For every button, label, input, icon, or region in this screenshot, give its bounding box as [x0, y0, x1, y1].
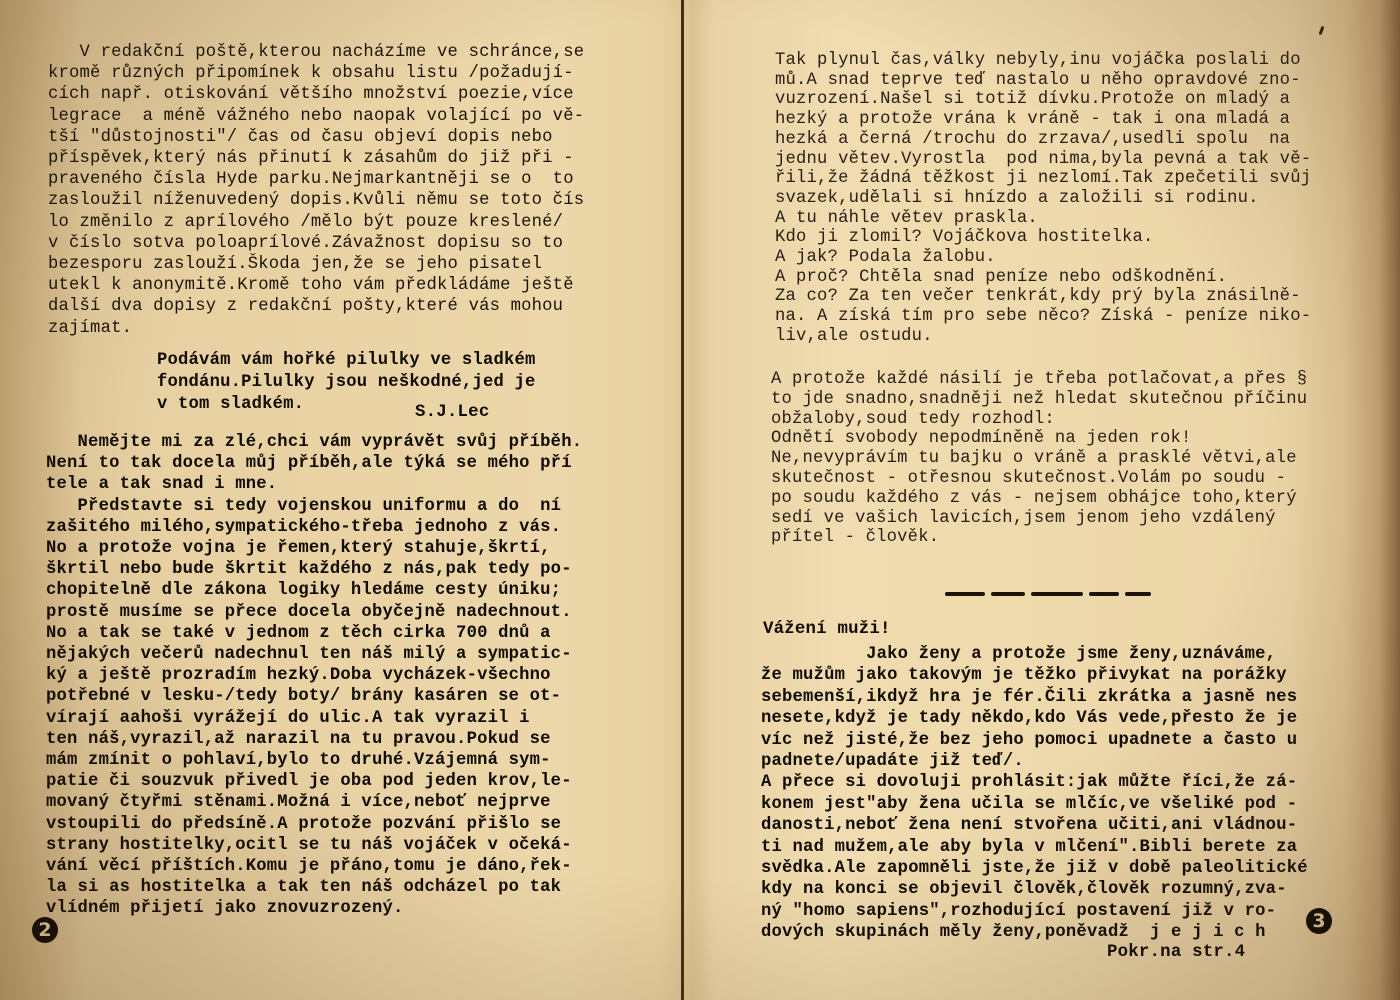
- text-line: A proč? Chtěla snad peníze nebo odškodně…: [775, 267, 1227, 288]
- text-line: vstoupili do předsíně.A protože pozvání …: [46, 814, 561, 835]
- left-page: V redakční poště,kterou nacházíme ve sch…: [0, 0, 683, 1000]
- text-line: že mužům jako takovým je těžko přivykat …: [761, 665, 1287, 686]
- text-line: v číslo sotva poloaprílové.Závažnost dop…: [48, 233, 563, 254]
- text-line: kromě různých připomínek k obsahu listu …: [48, 63, 574, 84]
- text-line: skutečnost - otřesnou skutečnost.Volám p…: [771, 468, 1286, 489]
- text-line: nějakých večerů nadechnul ten náš milý a…: [46, 644, 572, 665]
- text-line: Představte si tedy vojenskou uniformu a …: [46, 496, 561, 517]
- text-line: padnete/upadáte již teď/.: [761, 751, 1024, 772]
- text-line: A přece si dovoluji prohlásit:jak můžte …: [761, 772, 1297, 793]
- text-line: vlídném přijetí jako znovuzrozený.: [46, 898, 403, 919]
- text-line: A jak? Podala žalobu.: [775, 247, 996, 268]
- text-line: Odnětí svobody nepodmíněně na jeden rok!: [771, 428, 1192, 449]
- text-line: tší "důstojnosti"/ čas od času objeví do…: [48, 127, 553, 148]
- text-line: to jde snadno,snadněji než hledat skuteč…: [771, 389, 1307, 410]
- text-line: obžaloby,soud tedy rozhodl:: [771, 409, 1055, 430]
- text-line: svědka.Ale zapomněli jste,že již v době …: [761, 858, 1308, 879]
- book-spread: V redakční poště,kterou nacházíme ve sch…: [0, 0, 1400, 1000]
- text-line: Ne,nevyprávím tu bajku o vráně a prasklé…: [771, 448, 1297, 469]
- text-line: v tom sladkém.: [157, 394, 304, 415]
- text-line: ký a ještě prozradím hezký.Doba vycházek…: [46, 665, 551, 686]
- text-line: strany hostitelky,ocitl se tu náš vojáče…: [46, 835, 572, 856]
- text-line: sebemenší,ikdyž hra je fér.Čili zkrátka …: [761, 687, 1297, 708]
- text-line: Nemějte mi za zlé,chci vám vyprávět svůj…: [46, 432, 582, 453]
- page-number-left: 2: [32, 917, 58, 943]
- text-line: další dva dopisy z redakční pošty,které …: [48, 296, 563, 317]
- text-line: ný "homo sapiens",rozhodující postavení …: [761, 901, 1276, 922]
- text-line: po soudu každého z vás - nejsem obhájce …: [771, 488, 1297, 509]
- text-line: V redakční poště,kterou nacházíme ve sch…: [48, 42, 584, 63]
- letter-salutation: Vážení muži!: [763, 619, 891, 640]
- text-line: A protože každé násilí je třeba potlačov…: [771, 369, 1307, 390]
- text-line: Jako ženy a protože jsme ženy,uznáváme,: [761, 644, 1276, 665]
- text-line: fondánu.Pilulky jsou neškodné,jed je: [157, 372, 536, 393]
- text-line: ten náš,vyrazil,až narazil na tu pravou.…: [46, 729, 551, 750]
- text-line: víc než jisté,že bez jeho pomoci upadnet…: [761, 730, 1297, 751]
- text-line: příspěvek,který nás přinutí k zásahům do…: [48, 148, 574, 169]
- text-line: řili,že žádná těžkost ji nezlomí.Tak zpe…: [775, 168, 1311, 189]
- text-line: chopitelně dle zákona logiky hledáme ces…: [46, 580, 561, 601]
- text-line: vírají aahoši vyrážejí do ulic.A tak vyr…: [46, 708, 530, 729]
- text-line: liv,ale ostudu.: [775, 326, 933, 347]
- text-line: praveného čísla Hyde parku.Nejmarkantněj…: [48, 169, 574, 190]
- text-line: legrace a méně vážného nebo naopak volaj…: [48, 106, 584, 127]
- text-line: nesete,když je tady někdo,kdo Vás vede,p…: [761, 708, 1297, 729]
- text-line: bezesporu zaslouží.Škoda jen,že se jeho …: [48, 254, 542, 275]
- text-line: lo změnilo z aprílového /mělo být pouze …: [48, 212, 563, 233]
- text-line: škrtil nebo bude škrtit každého z nás,pa…: [46, 559, 572, 580]
- text-line: vání věcí příštích.Komu je přáno,tomu je…: [46, 856, 572, 877]
- text-line: potřebné v lesku-/tedy boty/ brány kasár…: [46, 686, 561, 707]
- text-line: na. A získá tím pro sebe něco? Získá - p…: [775, 306, 1311, 327]
- text-line: Tak plynul čas,války nebyly,inu vojáčka …: [775, 50, 1301, 71]
- text-line: zajímat.: [48, 318, 132, 339]
- text-line: cích např. otiskování většího množství p…: [48, 84, 574, 105]
- text-line: No a protože vojna je řemen,který stahuj…: [46, 538, 551, 559]
- quote-author: S.J.Lec: [415, 402, 489, 423]
- text-line: dových skupinách měly ženy,poněvadž j e …: [761, 922, 1266, 943]
- text-line: danosti,neboť žena není stvořena učiti,a…: [761, 815, 1297, 836]
- text-line: konem jest"aby žena učila se mlčíc,ve vš…: [761, 794, 1297, 815]
- text-line: prostě musíme se přece docela obyčejně n…: [46, 602, 572, 623]
- text-line: ti nad mužem,ale aby byla v mlčení".Bibl…: [761, 837, 1297, 858]
- text-line: vuzrození.Našel si totiž dívku.Protože o…: [775, 89, 1290, 110]
- text-line: la si as hostitelka a tak ten náš odcház…: [46, 877, 561, 898]
- text-line: jednu větev.Vyrostla pod nima,byla pevná…: [775, 149, 1311, 170]
- text-line: hezký a protože vrána k vráně - tak i on…: [775, 109, 1290, 130]
- text-line: patie či souzvuk přivedl je oba pod jede…: [46, 771, 572, 792]
- text-line: Není to tak docela můj příběh,ale týká s…: [46, 453, 572, 474]
- text-line: A tu náhle větev praskla.: [775, 208, 1038, 229]
- text-line: hezká a černá /trochu do zrzava/,usedli …: [775, 129, 1290, 150]
- text-line: Podávám vám hořké pilulky ve sladkém: [157, 350, 536, 371]
- text-line: zasloužil níženuvedený dopis.Kvůli němu …: [48, 190, 584, 211]
- text-line: No a tak se také v jednom z těch cirka 7…: [46, 623, 551, 644]
- text-line: mám zmínit o pohlaví,bylo to druhé.Vzáje…: [46, 750, 551, 771]
- text-line: movaný čtyřmi stěnami.Možná i více,neboť…: [46, 792, 551, 813]
- text-line: kdy na konci se objevil člověk,člověk ro…: [761, 879, 1287, 900]
- section-divider-ornament: [945, 591, 1155, 597]
- text-line: sedí ve vašich lavicích,jsem jenom jeho …: [771, 508, 1276, 529]
- page-number-right: 3: [1306, 908, 1332, 934]
- text-line: tele a tak snad i mne.: [46, 474, 277, 495]
- text-line: utekl k anonymitě.Kromě toho vám předklá…: [48, 275, 574, 296]
- text-line: mů.A snad teprve teď nastalo u něho opra…: [775, 70, 1301, 91]
- text-line: Kdo ji zlomil? Vojáčkova hostitelka.: [775, 227, 1154, 248]
- text-line: zašitého milého,sympatického-třeba jedno…: [46, 517, 561, 538]
- text-line: přítel - člověk.: [771, 527, 939, 548]
- continuation-note: Pokr.na str.4: [1107, 942, 1245, 963]
- text-line: svazek,udělali si hnízdo a založili si r…: [775, 188, 1259, 209]
- right-page: Tak plynul čas,války nebyly,inu vojáčka …: [683, 0, 1400, 1000]
- text-line: Za co? Za ten večer tenkrát,kdy prý byla…: [775, 286, 1301, 307]
